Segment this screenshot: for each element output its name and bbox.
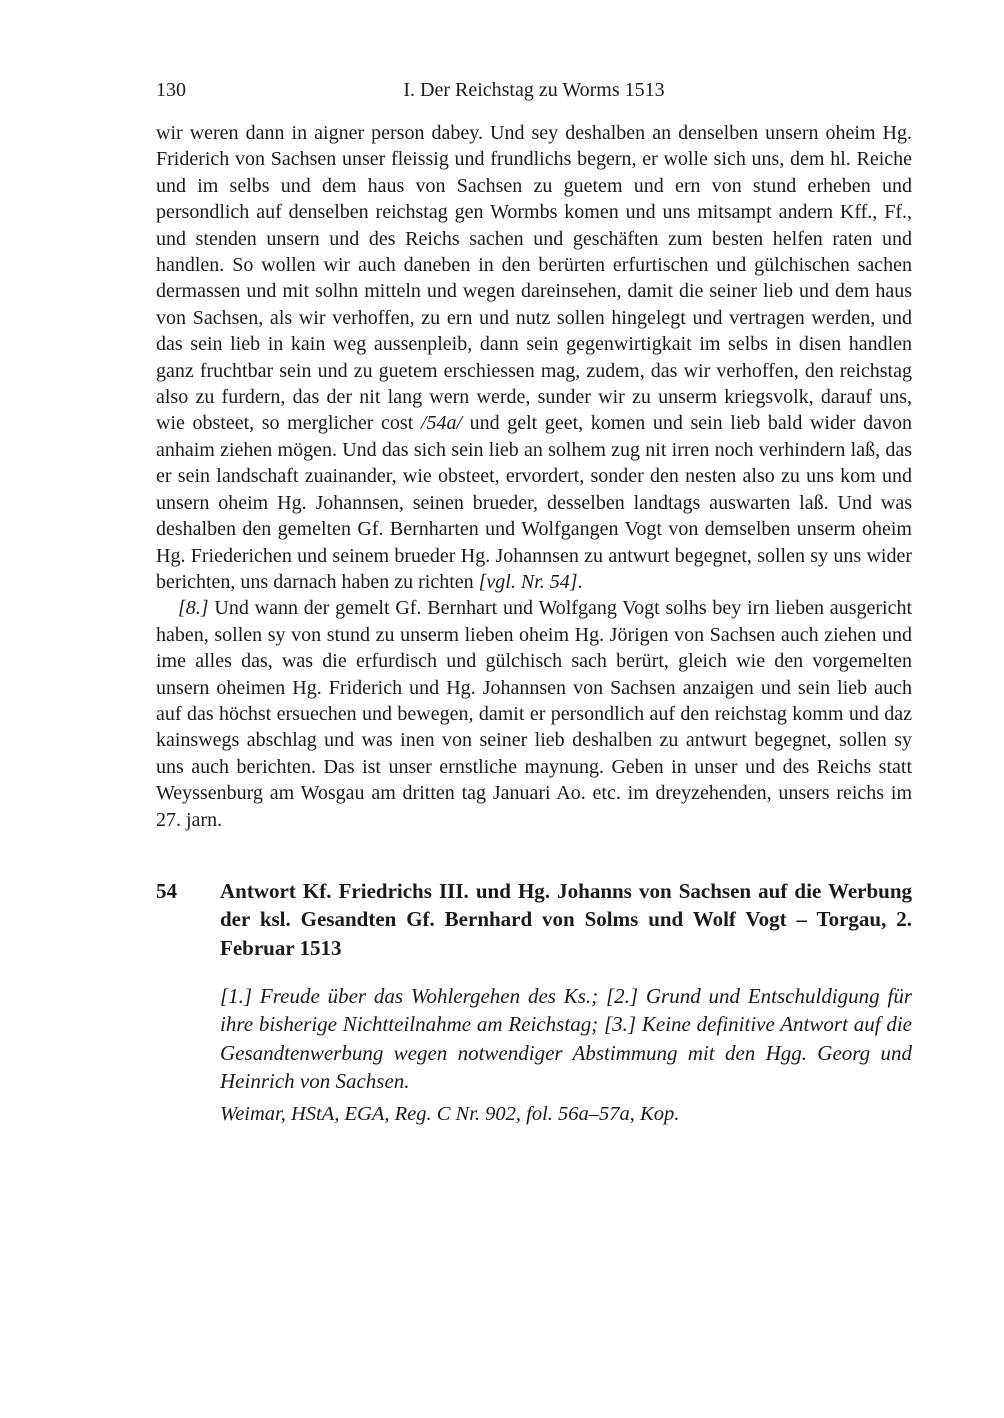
text-block: wir weren dann in aigner person dabey. U… xyxy=(156,120,912,1128)
entry-number: 54 xyxy=(156,877,220,905)
entry-body: [1.] Freude über das Wohlergehen des Ks.… xyxy=(156,982,912,1128)
running-title: I. Der Reichstag zu Worms 1513 xyxy=(403,79,664,101)
entry-heading: Antwort Kf. Friedrichs III. und Hg. Joha… xyxy=(220,877,912,962)
page-number: 130 xyxy=(156,78,186,102)
paragraph-continuation: wir weren dann in aigner person dabey. U… xyxy=(156,120,912,595)
paragraph-section-8: [8.] Und wann der gemelt Gf. Bernhart un… xyxy=(156,595,912,833)
page-header: 130 I. Der Reichstag zu Worms 1513 xyxy=(156,78,912,102)
entry-54: 54 Antwort Kf. Friedrichs III. und Hg. J… xyxy=(156,877,912,1128)
book-page: 130 I. Der Reichstag zu Worms 1513 wir w… xyxy=(0,0,1004,1418)
entry-source-citation: Weimar, HStA, EGA, Reg. C Nr. 902, fol. … xyxy=(220,1100,912,1128)
entry-heading-row: 54 Antwort Kf. Friedrichs III. und Hg. J… xyxy=(156,877,912,962)
entry-summary: [1.] Freude über das Wohlergehen des Ks.… xyxy=(220,982,912,1095)
